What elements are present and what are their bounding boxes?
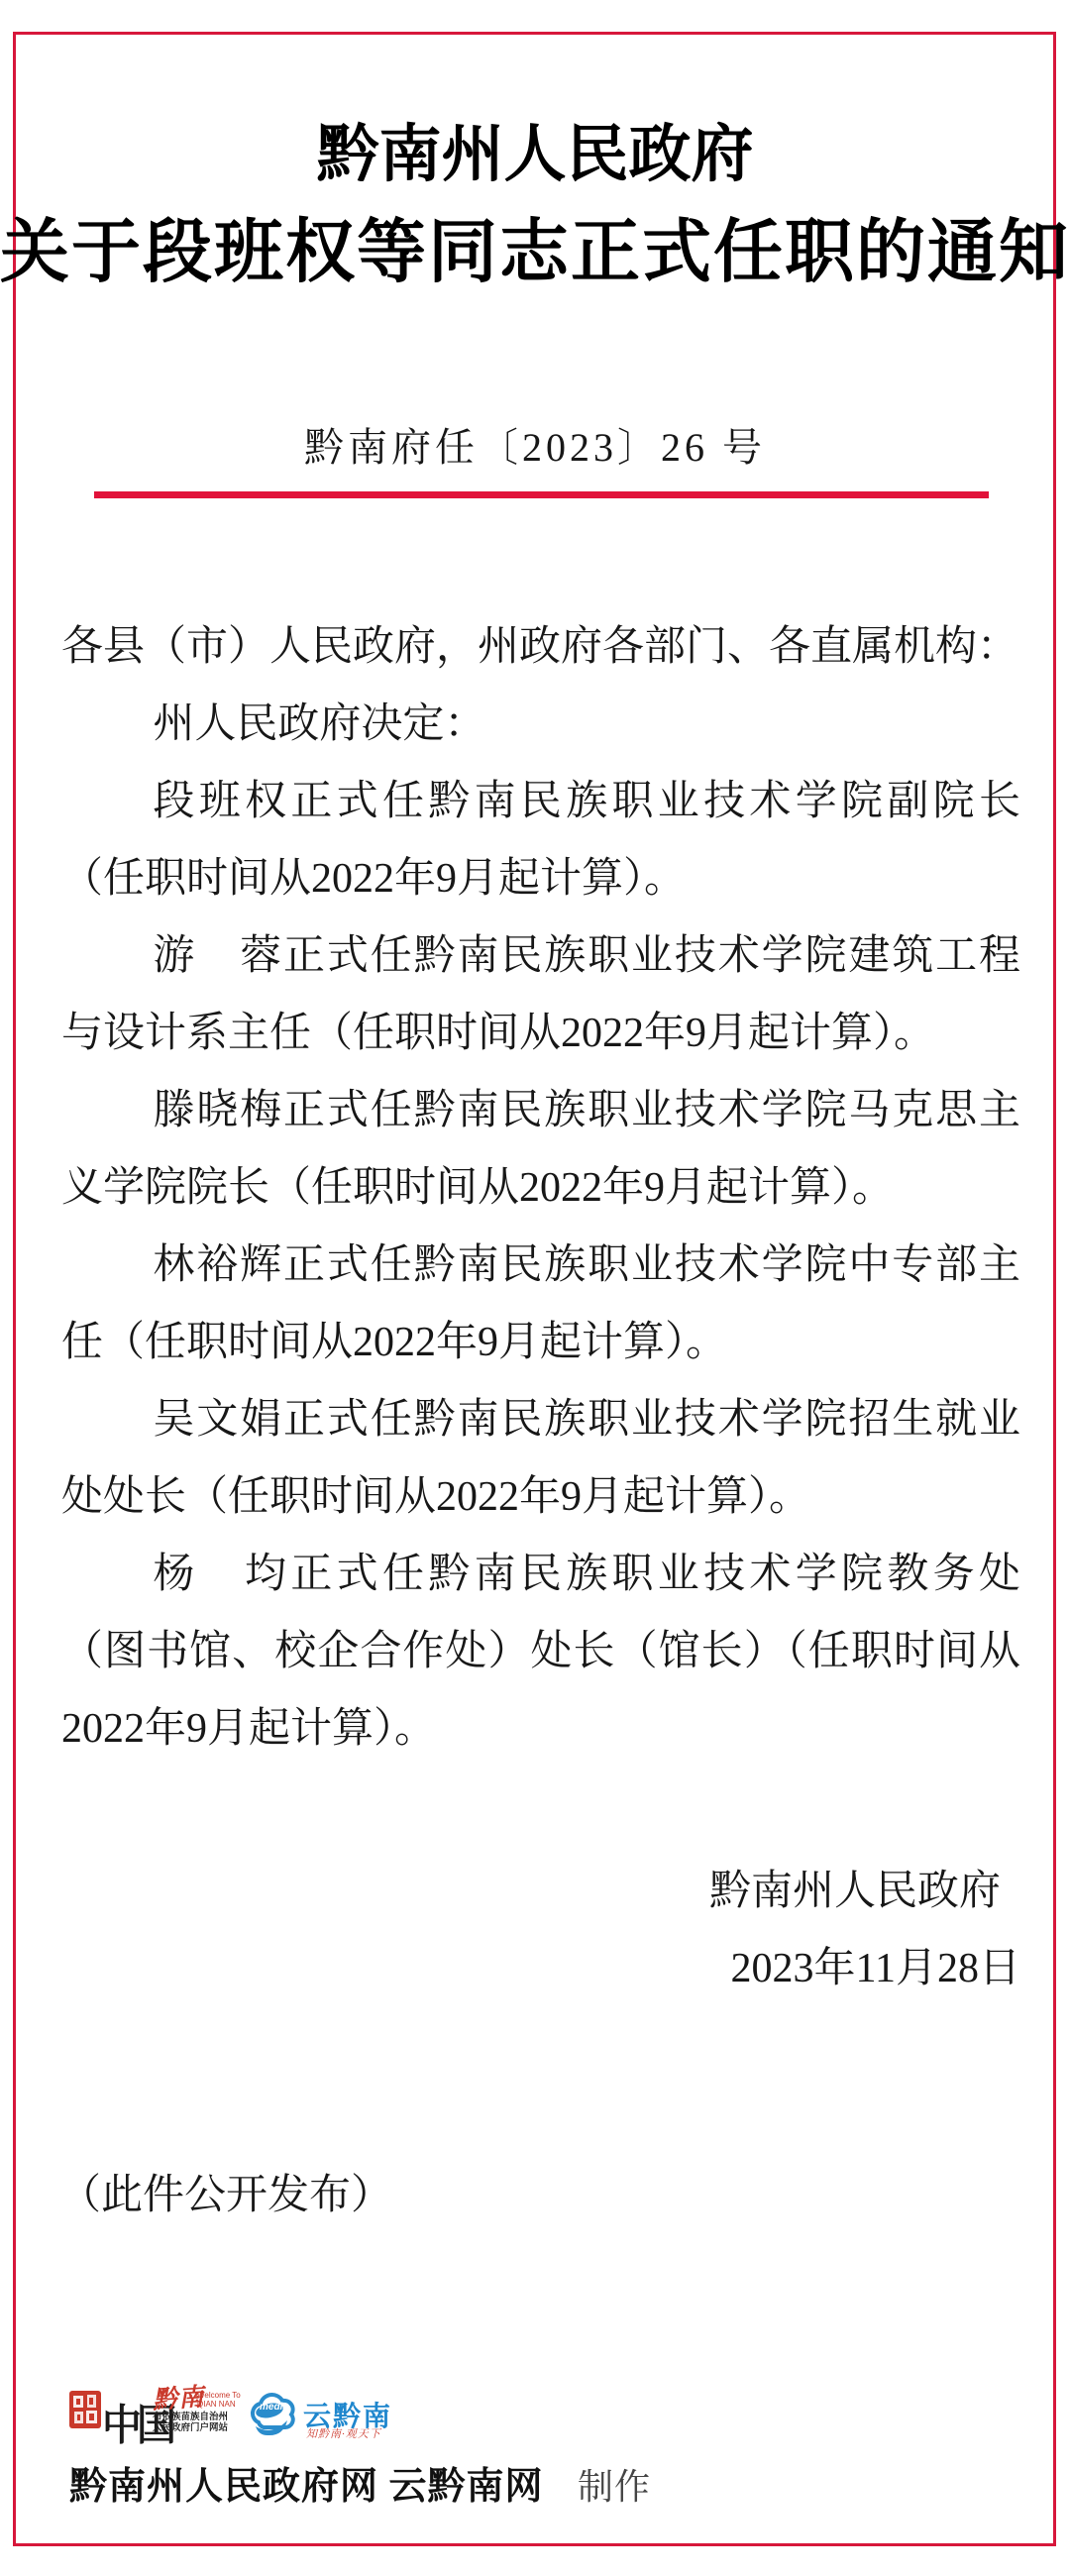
cloud-qiannan-logo: media 云黔南 知黔南·观天下 — [246, 2378, 434, 2443]
document-body: 各县（市）人民政府，州政府各部门、各直属机构： 州人民政府决定： 段班权正式任黔… — [61, 608, 1020, 1768]
body-paragraph: 杨 均正式任黔南民族职业技术学院教务处（图书馆、校企合作处）处长（馆长）（任职时… — [61, 1536, 1020, 1768]
notice-document-page: 黔南州人民政府 关于段班权等同志正式任职的通知 黔南府任〔2023〕26 号 各… — [0, 0, 1070, 2576]
media-label: media — [260, 2402, 288, 2413]
cloud-media-icon — [246, 2393, 299, 2438]
welcome-line2: QIAN NAN — [197, 2400, 236, 2409]
signature-authority: 黔南州人民政府 — [709, 1853, 1001, 1930]
portal-subtitle-line1: 布依族苗族自治州 — [153, 2412, 228, 2422]
portal-subtitle-text: 布依族苗族自治州 人民政府门户网站 — [153, 2412, 228, 2433]
document-title-line2: 关于段班权等同志正式任职的通知 — [0, 212, 1070, 291]
document-number: 黔南府任〔2023〕26 号 — [0, 423, 1070, 473]
footer-credit-line: 黔南州人民政府网 云黔南网 制作 — [69, 2465, 651, 2509]
credit-produced-by-text: 制作 — [578, 2467, 651, 2507]
body-paragraph: 州人民政府决定： — [61, 686, 1020, 763]
portal-subtitle-line2: 人民政府门户网站 — [153, 2422, 228, 2433]
red-divider-line — [94, 491, 989, 498]
welcome-line1: Welcome To — [197, 2391, 241, 2400]
salutation-line: 各县（市）人民政府，州政府各部门、各直属机构： — [61, 608, 1020, 686]
public-release-note: （此件公开发布） — [59, 2166, 392, 2225]
cloud-qiannan-slogan: 知黔南·观天下 — [306, 2425, 381, 2441]
signature-date: 2023年11月28日 — [709, 1930, 1020, 2007]
credit-sites-text: 黔南州人民政府网 云黔南网 — [69, 2466, 544, 2508]
body-paragraph: 游 蓉正式任黔南民族职业技术学院建筑工程与设计系主任（任职时间从2022年9月起… — [61, 917, 1020, 1072]
document-title-line1: 黔南州人民政府 — [0, 119, 1070, 190]
body-paragraph: 段班权正式任黔南民族职业技术学院副院长（任职时间从2022年9月起计算）。 — [61, 763, 1020, 917]
china-qiannan-seal-icon — [69, 2391, 101, 2428]
body-paragraph: 滕晓梅正式任黔南民族职业技术学院马克思主义学院院长（任职时间从2022年9月起计… — [61, 1072, 1020, 1227]
signature-block: 黔南州人民政府 2023年11月28日 — [709, 1853, 1020, 2007]
body-paragraph: 林裕辉正式任黔南民族职业技术学院中专部主任（任职时间从2022年9月起计算）。 — [61, 1227, 1020, 1381]
body-paragraph: 吴文娟正式任黔南民族职业技术学院招生就业处处长（任职时间从2022年9月起计算）… — [61, 1381, 1020, 1536]
china-qiannan-portal-logo: 中国 黔南 Welcome To QIAN NAN 布依族苗族自治州 人民政府门… — [69, 2378, 243, 2443]
welcome-to-qiannan-text: Welcome To QIAN NAN — [197, 2391, 241, 2409]
